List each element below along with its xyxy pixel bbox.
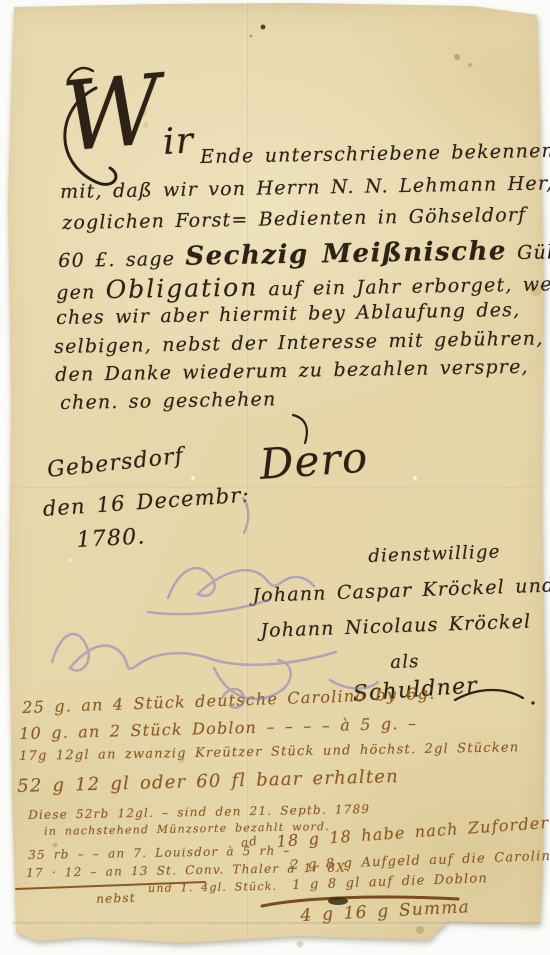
- account-nebst: nebst: [96, 891, 136, 906]
- sum-pre: 60 £. sage: [58, 248, 185, 272]
- body-line: chen. so geschehen: [60, 388, 277, 414]
- account-line: und 1. 4gl. Stück.: [148, 880, 277, 895]
- obligation-post: auf ein Jahr erborget, wel,: [258, 273, 550, 300]
- salutation-dero: Dero: [258, 432, 370, 488]
- sum-post: Gülden ge,: [507, 240, 550, 264]
- decorative-initial-rest: ir: [162, 120, 195, 163]
- obligation-word: Obligation: [105, 272, 258, 304]
- scanned-manuscript: W ir Ende unterschriebene bekennen hier,…: [0, 0, 550, 955]
- closing-als: als: [390, 651, 420, 673]
- obligation-pre: gen: [56, 281, 106, 304]
- sum-amount-words: Sechzig Meißnische: [185, 236, 507, 272]
- dateline-year: 1780.: [76, 524, 146, 553]
- decorative-initial: W: [58, 53, 167, 173]
